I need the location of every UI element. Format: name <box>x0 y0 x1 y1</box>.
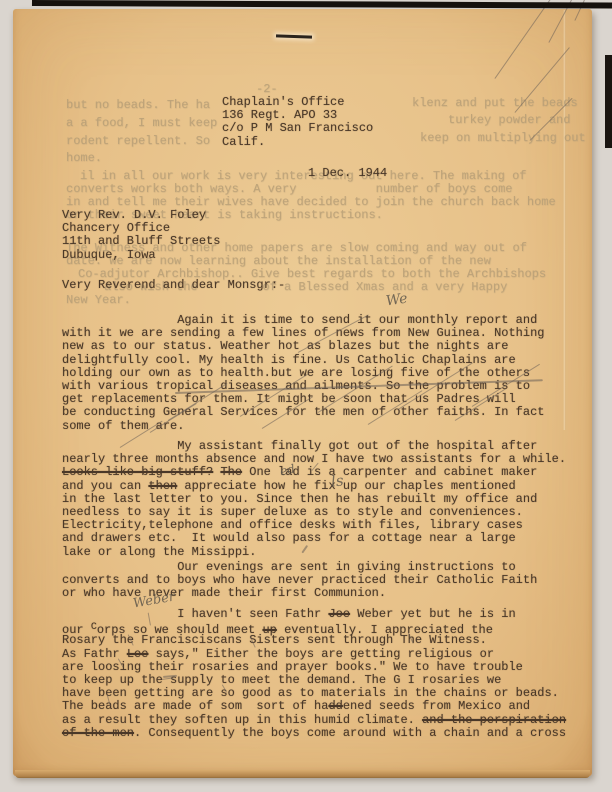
typed-text: or who have never made their first Commu… <box>62 586 386 600</box>
typed-text: to keep up the supply to meet the demand… <box>62 673 501 687</box>
paper-stack-edge <box>15 770 590 778</box>
typed-text: . Consequently the boys come around with… <box>134 726 566 740</box>
typed-text: needless to say it is super deluxe as to… <box>62 505 523 519</box>
struck-text: of the men <box>62 726 134 740</box>
paragraph: Again it is time to send it our monthly … <box>62 314 544 433</box>
header-line: Calif. <box>222 136 373 149</box>
ghost-line: turkey powder and <box>448 113 570 127</box>
ghost-line: New Year. <box>66 293 131 307</box>
pencil-annotation: We <box>385 291 409 310</box>
salutation-text: Very Reverend and dear Monsgr:- <box>62 278 285 292</box>
pencil-annotation: ed <box>279 462 296 479</box>
typed-text: holding our own as to health.but we are … <box>62 366 530 380</box>
date-line: 1 Dec. 1944 <box>308 167 387 180</box>
typed-text: Again it is time to send it our monthly … <box>62 313 537 327</box>
struck-text: Looks like big stuff? <box>62 465 213 479</box>
struck-text: then <box>148 479 177 493</box>
typed-text: new as to our status. Weather hot as bla… <box>62 339 508 353</box>
recipient-line: 11th and Bluff Streets <box>62 235 220 248</box>
typed-text: lake or along the Missippi. <box>62 545 256 559</box>
typed-text: and drawers etc. It would also pass for … <box>62 531 516 545</box>
struck-text: The <box>220 465 242 479</box>
header-line: c/o P M San Francisco <box>222 122 373 135</box>
paper-crease <box>563 10 566 430</box>
paragraph: My assistant finally got out of the hosp… <box>62 440 566 559</box>
typed-text: ened seeds from Mexico and <box>343 699 530 713</box>
typed-text: I haven't seen Fathr <box>62 607 328 621</box>
typed-text: says," Either the boys are getting relig… <box>148 647 494 661</box>
scanner-edge-right <box>605 55 612 148</box>
ghost-line: -2- <box>256 82 278 96</box>
typed-text: appreciate how he fix up our chaples men… <box>177 479 515 493</box>
typed-text: Our evenings are sent in giving instruct… <box>62 560 516 574</box>
struck-text: Joe <box>328 607 350 621</box>
typed-text: as a result they soften up in this humid… <box>62 713 422 727</box>
recipient-block: Very Rev. D.V. FoleyChancery Office11th … <box>62 209 220 262</box>
ghost-line: rodent repellent. So <box>66 134 210 148</box>
typed-text: delightfully cool. My health is fine. Us… <box>62 353 516 367</box>
ghost-line: home. <box>66 151 102 165</box>
scanned-letter-screenshot: -2-but no beads. The haklenz and put the… <box>0 0 612 792</box>
ghost-line: but no beads. The ha <box>66 98 210 112</box>
paragraph: I haven't seen Fathr Joe Weber yet but h… <box>62 608 566 740</box>
struck-text: dd <box>328 699 342 713</box>
ghost-line: il in all our work is very interesting o… <box>80 169 526 183</box>
ghost-line: converts works both ways. A very number … <box>66 182 512 196</box>
typed-text: Rosary the Francisciscans Sisters sent t… <box>62 633 487 647</box>
ghost-line: in and tell me their wives have decided … <box>66 195 556 209</box>
letter-header-block: Chaplain's Office136 Regt. APO 33c/o P M… <box>222 96 373 149</box>
typed-text: be conducting General Services for the m… <box>62 405 544 419</box>
typed-line: of the men. Consequently the boys come a… <box>62 727 566 740</box>
ghost-line: a a food, I must keep <box>66 116 217 130</box>
letter-date: 1 Dec. 1944 <box>308 166 387 180</box>
typed-text: and you can <box>62 479 148 493</box>
typed-line: some of them are. <box>62 420 544 433</box>
ghost-line: klenz and put the beads <box>412 96 578 110</box>
pencil-annotation: ls <box>330 471 344 490</box>
typed-text: The beads are made of som sort of ha <box>62 699 328 713</box>
typed-text: are loosing their rosaries and prayer bo… <box>62 660 523 674</box>
recipient-line: Dubuque, Iowa <box>62 249 220 262</box>
typed-line: lake or along the Missippi. <box>62 546 566 559</box>
scanner-edge-top <box>32 0 612 9</box>
struck-text: and the perspiration <box>422 713 566 727</box>
ghost-line: keep on multiplying out <box>420 131 586 145</box>
paragraph: Our evenings are sent in giving instruct… <box>62 561 537 601</box>
salutation-line: Very Reverend and dear Monsgr:- <box>62 279 285 292</box>
typed-text: Weber yet but he is in <box>350 607 516 621</box>
typed-text: My assistant finally got out of the hosp… <box>62 439 537 453</box>
typed-text: in the last letter to you. Since then he… <box>62 492 537 506</box>
struck-text: Lee <box>127 647 149 661</box>
